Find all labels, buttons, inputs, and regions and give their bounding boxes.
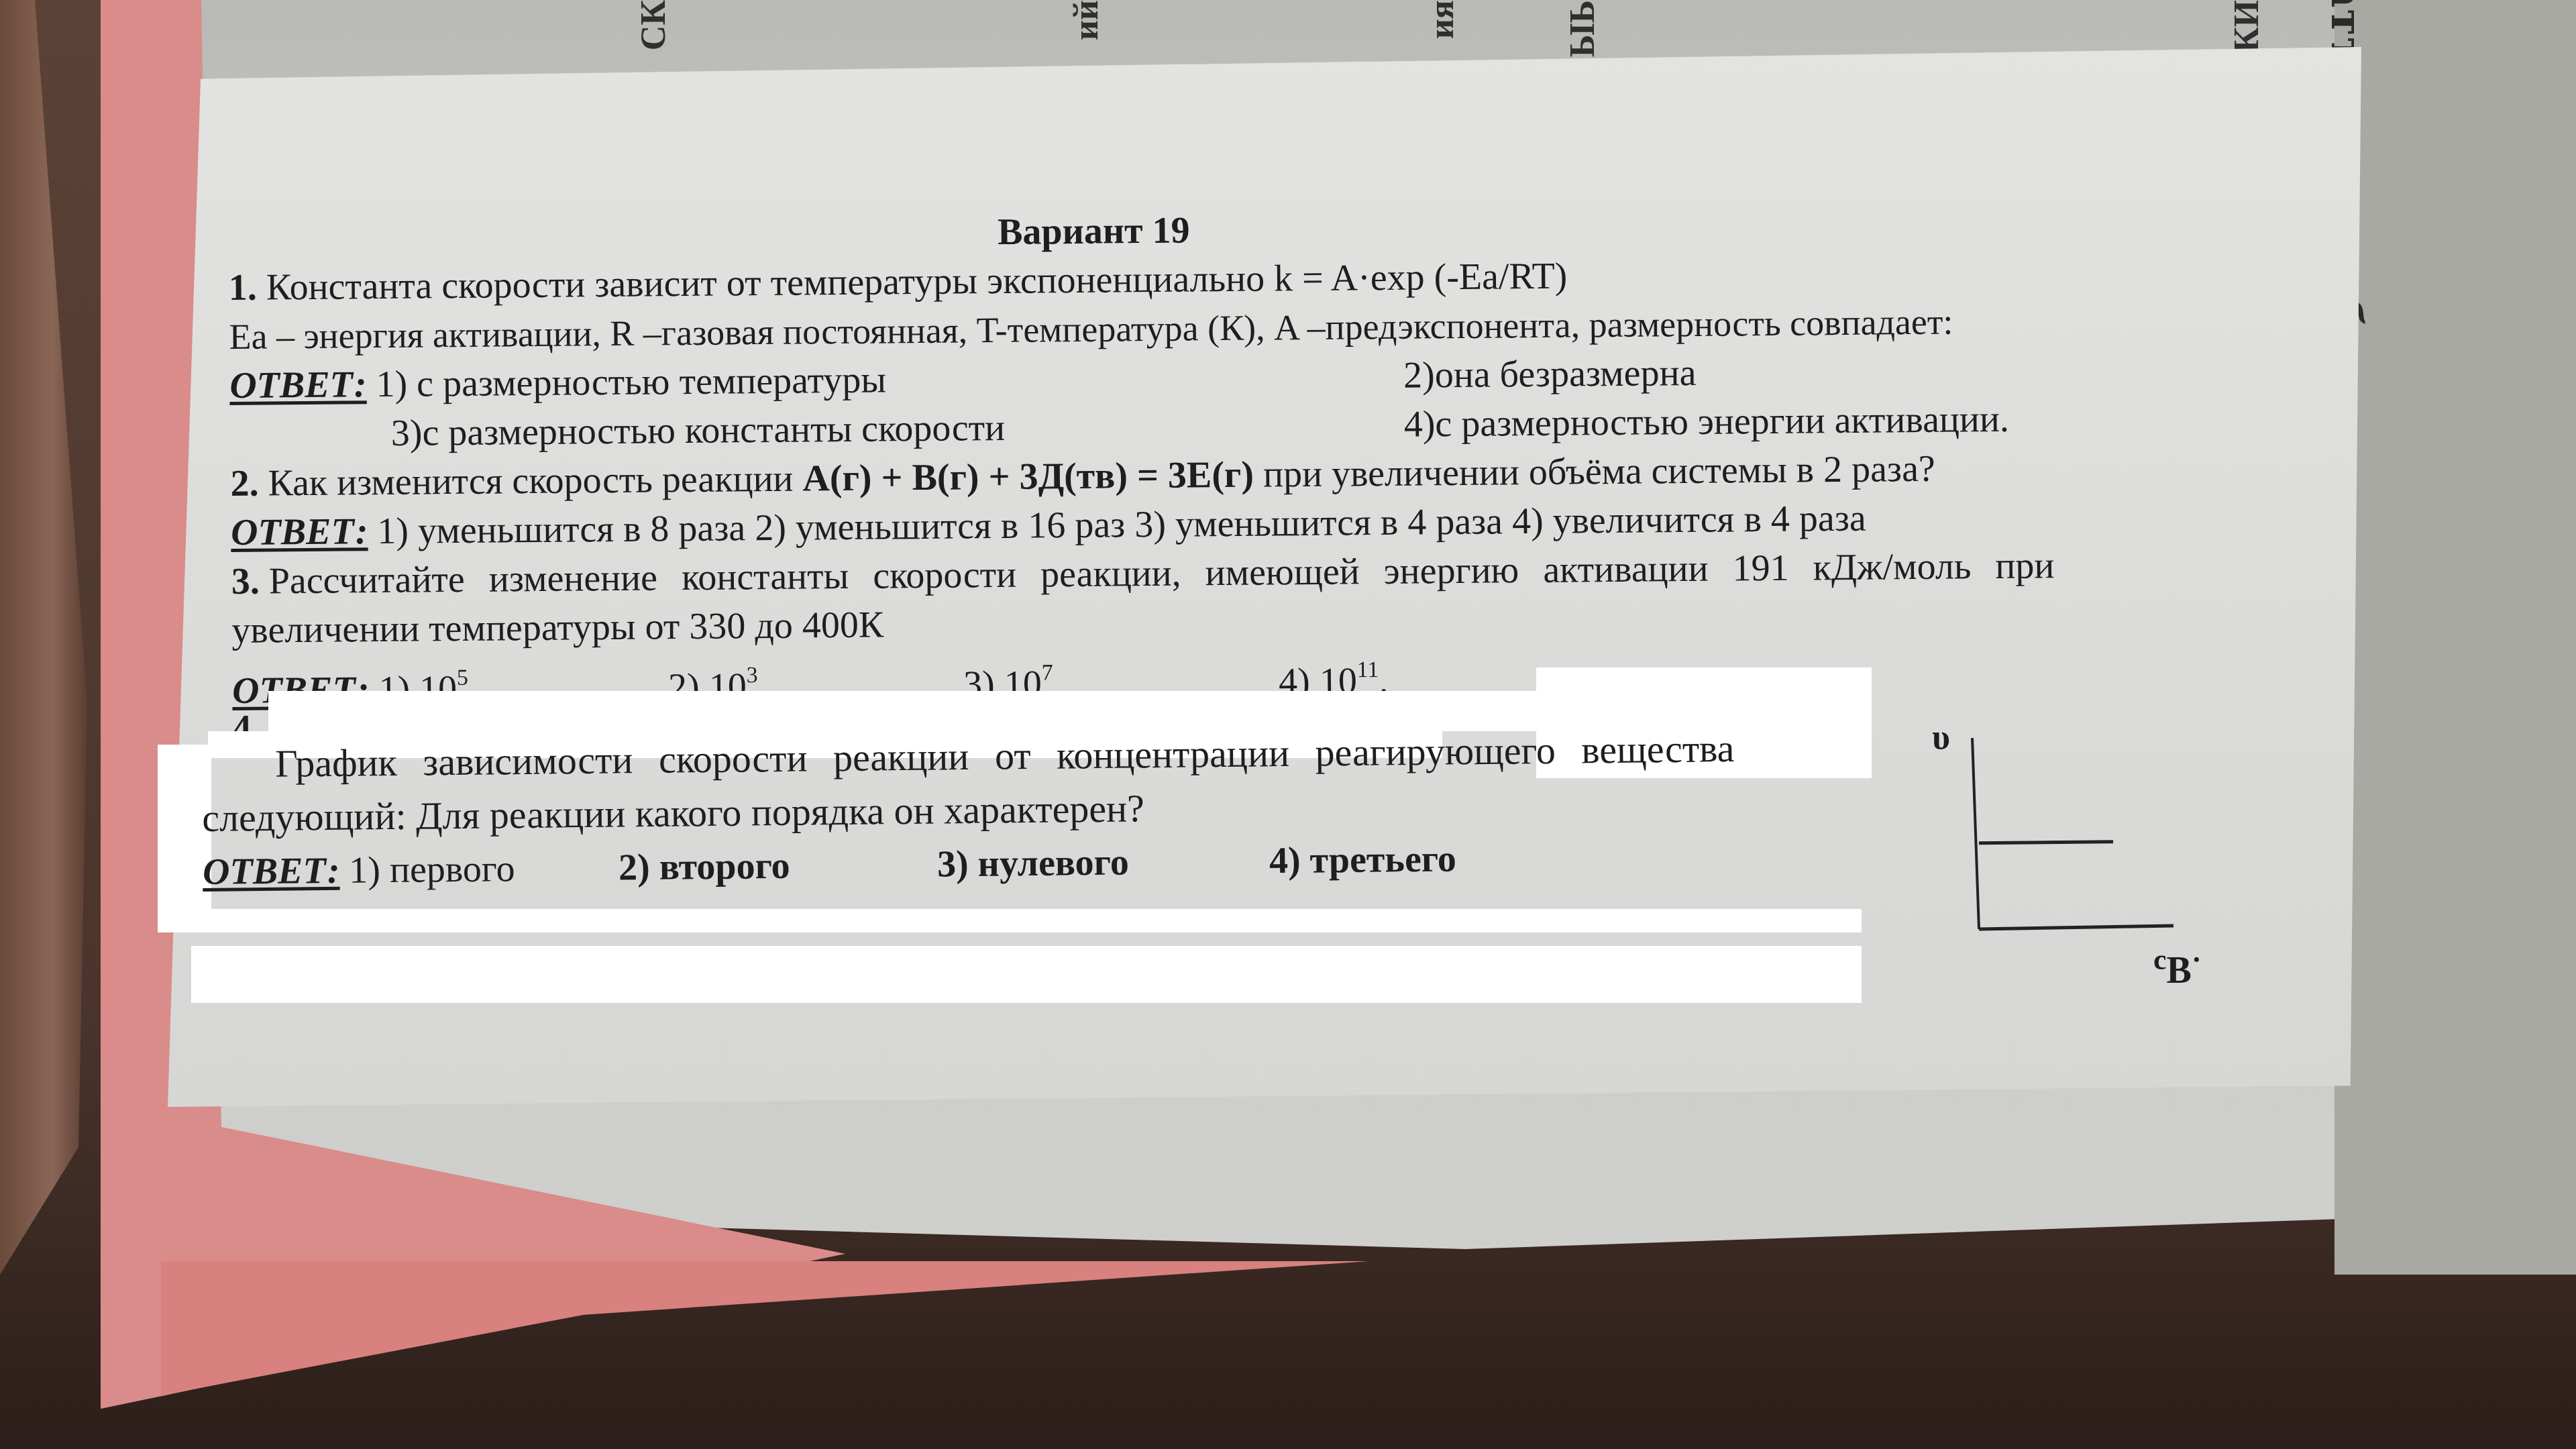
question-4: График зависимости скорости реакции от к… [201,720,1867,912]
answer-label: ОТВЕТ: [203,850,340,893]
y-axis-label: υ [1932,718,1950,757]
question-number: 3. [231,561,260,602]
question-number: 1. [229,267,258,309]
background-text-fragment: ЫЬ [1563,0,1603,57]
background-text-fragment: КИ [2227,0,2267,52]
answer-label: ОТВЕТ: [229,364,367,407]
answer-option: 2) уменьшится в 16 раз [755,504,1126,549]
question-text: при увеличении объёма системы в 2 раза? [1254,448,1935,496]
question-number: 2. [230,463,259,504]
question-text: Как изменится скорость реакции [268,458,802,504]
background-text-fragment: СК [634,0,674,50]
answer-option: 2)она безразмерна [1403,349,1697,400]
answer-option: 3) уменьшится в 4 раза [1134,500,1503,545]
reaction-equation: A(г) + B(г) + 3Д(тв) = 3E(г) [802,454,1254,500]
answer-option: 2) второго [619,839,790,895]
redaction-box [158,909,1862,932]
graph-plot [1905,711,2308,1006]
rate-vs-concentration-graph: υ cB· [1905,711,2308,1006]
answer-option: 3)с размерностью константы скорости [391,404,1006,458]
background-text-fragment: ий [1067,0,1106,40]
worksheet-content: Вариант 19 1. Константа скорости зависит… [228,197,2312,753]
answer-option: 1) с размерностью температуры [376,359,886,405]
answer-option: 4)с размерностью энергии активации. [1403,395,2009,449]
redaction-box [191,946,1862,1003]
answer-option: 1) уменьшится в 8 раза [377,507,745,552]
answer-option: 1) первого [349,848,515,892]
answer-option: 4) увеличится в 4 раза [1512,498,1866,543]
background-text-fragment: ия [1422,0,1462,39]
x-axis-label: cB· [2153,936,2202,979]
answer-option: 3) нулевого [937,836,1130,892]
answer-option: 4) третьего [1269,832,1457,888]
question-text: Константа скорости зависит от температур… [266,256,1568,309]
redaction-box [268,691,1543,731]
answer-label: ОТВЕТ: [231,511,368,553]
